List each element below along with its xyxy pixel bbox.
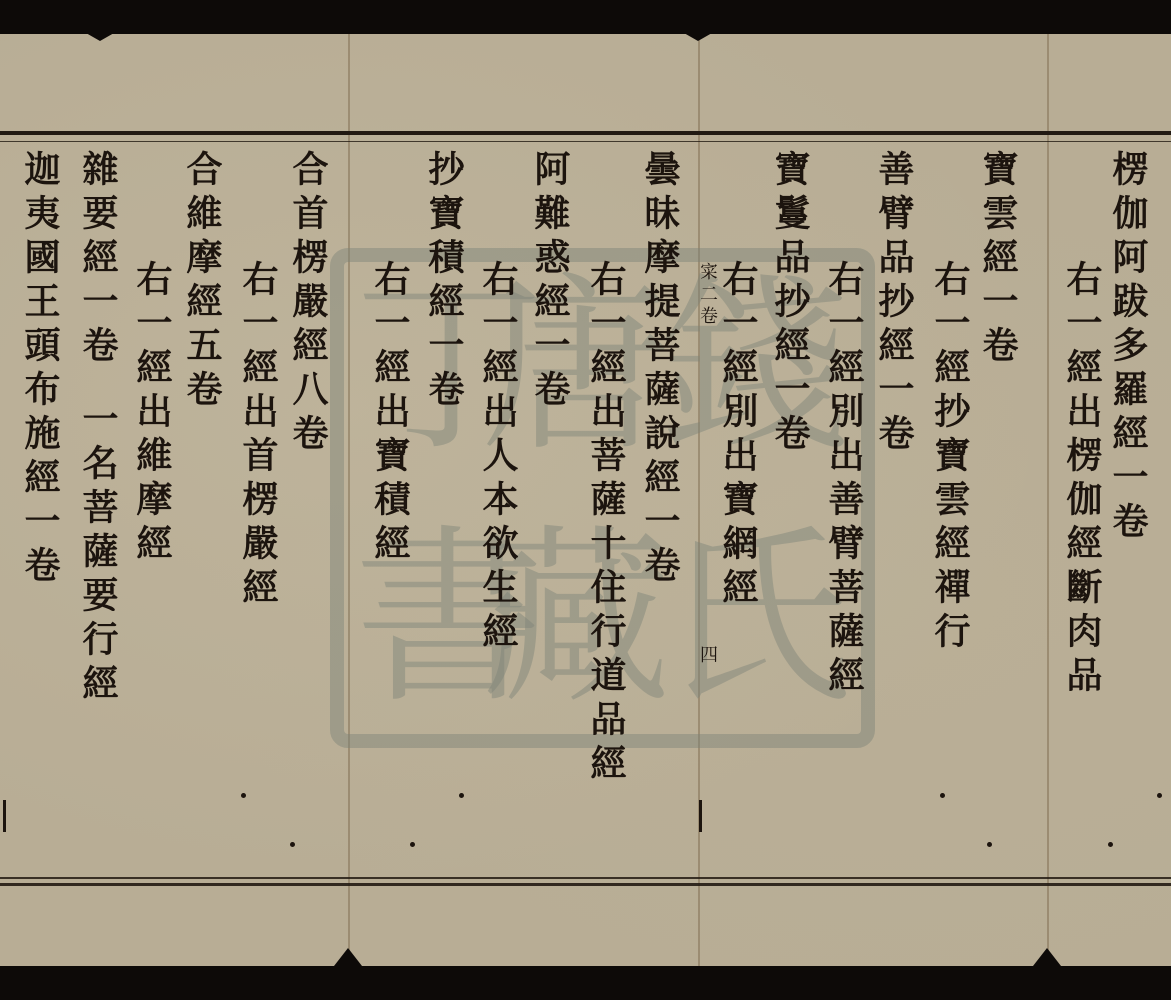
punctuation-dot xyxy=(1157,793,1162,798)
punctuation-dot xyxy=(459,793,464,798)
sutra-title: 楞伽阿跋多羅經一卷 xyxy=(1108,150,1148,546)
fascicle-marker: 寀二卷 xyxy=(687,262,727,328)
sutra-title: 合首楞嚴經八卷 xyxy=(288,150,328,458)
sutra-title: 抄寶積經一卷 xyxy=(424,150,464,414)
page-fold xyxy=(1047,34,1049,966)
top-border-rule-thin xyxy=(0,141,1171,142)
bottom-border-rule-thin xyxy=(0,877,1171,879)
fold-notch xyxy=(1033,948,1061,966)
sutra-note: 右一經出人本欲生經 xyxy=(478,260,518,656)
sutra-title: 寶雲經一卷 xyxy=(978,150,1018,370)
punctuation-dot xyxy=(241,793,246,798)
sutra-note: 右一經出寶積經 xyxy=(370,260,410,568)
sutra-title: 善臂品抄經一卷 xyxy=(874,150,914,458)
punctuation-dot xyxy=(290,842,295,847)
sutra-note: 右一經出首楞嚴經 xyxy=(238,260,278,612)
sutra-note: 右一經別出善臂菩薩經 xyxy=(824,260,864,700)
sutra-note: 右一經出楞伽經斷肉品 xyxy=(1062,260,1102,700)
sutra-title: 寶鬘品抄經一卷 xyxy=(770,150,810,458)
margin-tick xyxy=(699,800,702,832)
sutra-title: 曇昧摩提菩薩說經一卷 xyxy=(640,150,680,590)
top-border-rule xyxy=(0,131,1171,135)
sutra-title: 合維摩經五卷 xyxy=(182,150,222,414)
fold-notch xyxy=(684,33,712,41)
sutra-title: 迦夷國王頭布施經一卷 xyxy=(20,150,60,590)
sutra-title: 雜要經一卷 xyxy=(78,150,118,370)
fold-notch xyxy=(86,33,114,41)
bottom-border-rule xyxy=(0,883,1171,886)
punctuation-dot xyxy=(1108,842,1113,847)
sutra-note: 一名菩薩要行經 xyxy=(78,400,118,708)
fold-notch xyxy=(334,948,362,966)
margin-tick xyxy=(3,800,6,832)
sutra-title: 阿難惑經一卷 xyxy=(530,150,570,414)
sutra-note: 右一經出維摩經 xyxy=(132,260,172,568)
sutra-note: 右一經出菩薩十住行道品經 xyxy=(586,260,626,788)
punctuation-dot xyxy=(410,842,415,847)
page-number: 四 xyxy=(687,645,727,667)
punctuation-dot xyxy=(940,793,945,798)
punctuation-dot xyxy=(987,842,992,847)
sutra-note: 右一經抄寶雲經禪行 xyxy=(930,260,970,656)
